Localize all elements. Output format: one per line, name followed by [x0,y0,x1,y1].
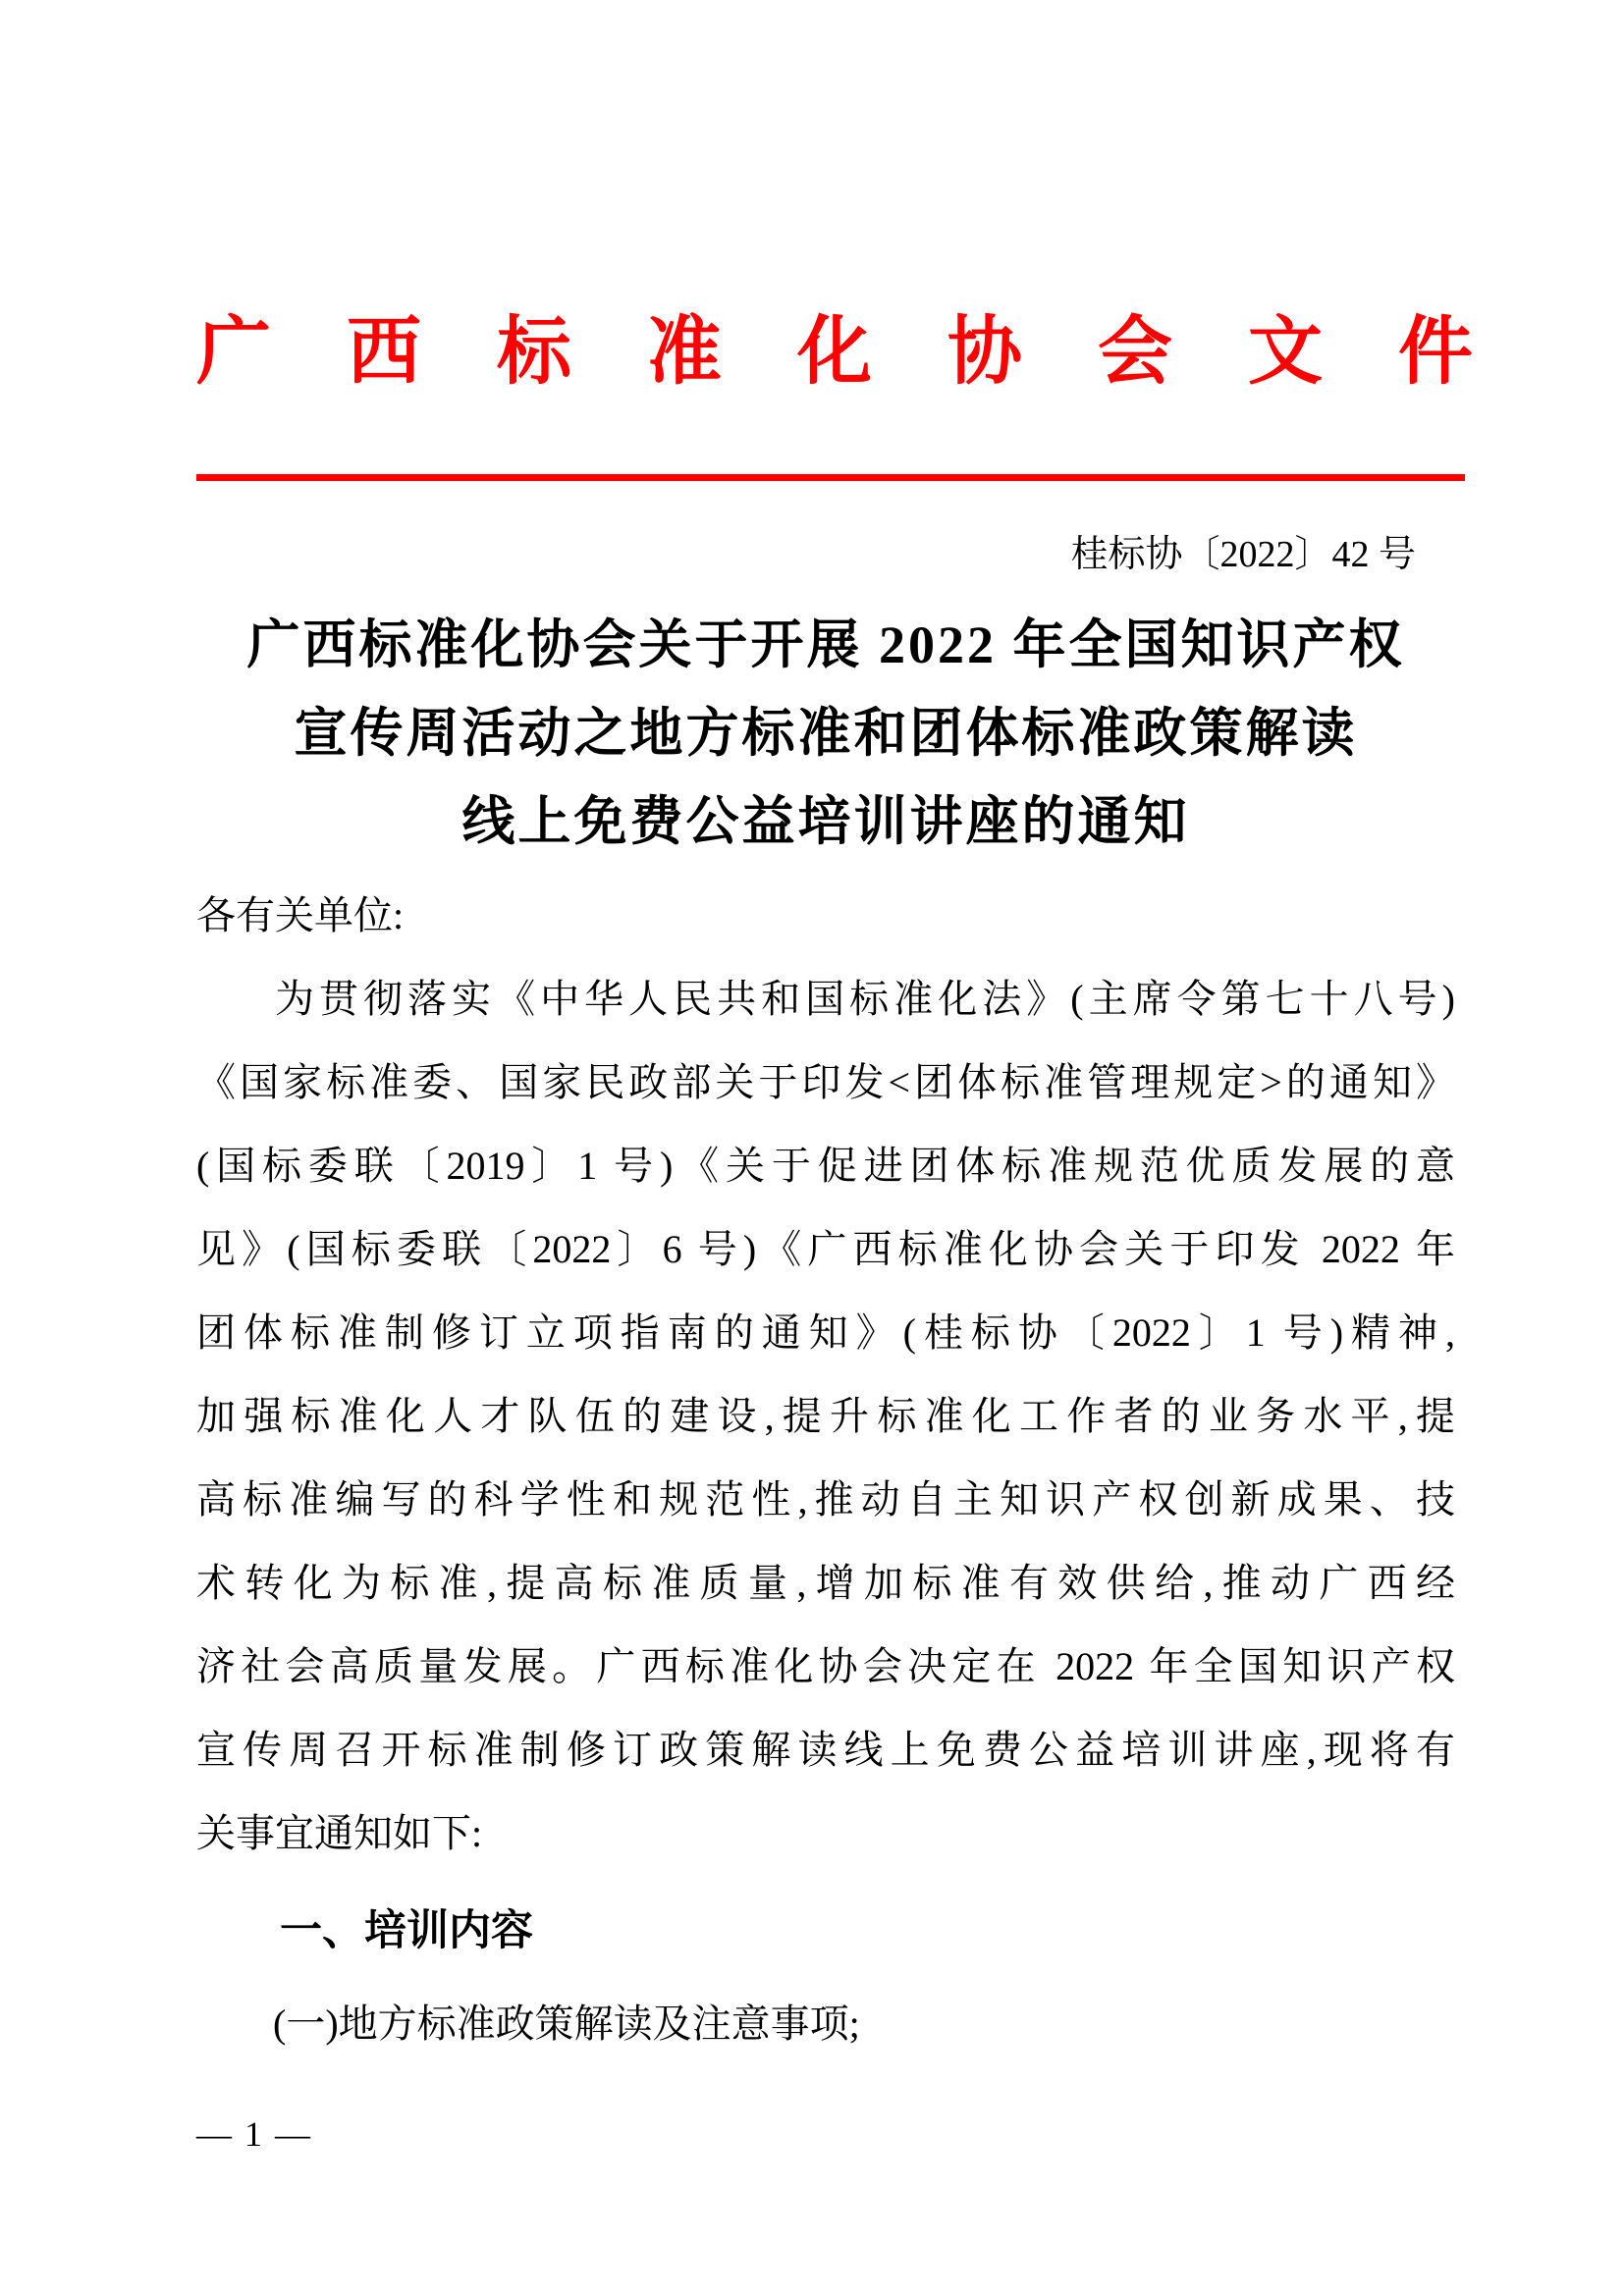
body-line: 术转化为标准,提高标准质量,增加标准有效供给,推动广西经 [196,1541,1455,1625]
list-item-1: (一)地方标准政策解读及注意事项; [196,1995,1455,2054]
body-line: 关事宜通知如下: [196,1791,1455,1875]
document-title-line-1: 广西标准化协会关于开展 2022 年全国知识产权 [183,601,1469,689]
body-line: 《国家标准委、国家民政部关于印发<团体标准管理规定>的通知》 [196,1041,1455,1124]
document-title-line-2: 宣传周活动之地方标准和团体标准政策解读 [183,689,1469,777]
body-line: 团体标准制修订立项指南的通知》(桂标协〔2022〕1 号)精神, [196,1291,1455,1374]
document-title-line-3: 线上免费公益培训讲座的通知 [183,777,1469,866]
document-number: 桂标协〔2022〕42 号 [196,530,1455,579]
body-line: 为贯彻落实《中华人民共和国标准化法》(主席令第七十八号) [196,957,1455,1041]
document-body: 各有关单位: 为贯彻落实《中华人民共和国标准化法》(主席令第七十八号) 《国家标… [196,874,1455,1875]
body-line: 济社会高质量发展。广西标准化协会决定在 2022 年全国知识产权 [196,1625,1455,1708]
body-line: 高标准编写的科学性和规范性,推动自主知识产权创新成果、技 [196,1458,1455,1541]
document-title: 广西标准化协会关于开展 2022 年全国知识产权 宣传周活动之地方标准和团体标准… [183,601,1469,866]
body-line: 加强标准化人才队伍的建设,提升标准化工作者的业务水平,提 [196,1374,1455,1458]
org-header-banner: 广西标准化协会文件 [196,312,1571,393]
body-line: 见》(国标委联〔2022〕6 号)《广西标准化协会关于印发 2022 年 [196,1207,1455,1291]
salutation-line: 各有关单位: [196,874,1455,957]
section-heading-training-content: 一、培训内容 [196,1902,1455,1959]
body-line: 宣传周召开标准制修订政策解读线上免费公益培训讲座,现将有 [196,1708,1455,1791]
header-divider-rule [196,474,1465,481]
page-number: — 1 — [196,2112,312,2156]
body-line: (国标委联〔2019〕1 号)《关于促进团体标准规范优质发展的意 [196,1124,1455,1207]
official-document-page: 广西标准化协会文件 桂标协〔2022〕42 号 广西标准化协会关于开展 2022… [0,0,1624,2296]
